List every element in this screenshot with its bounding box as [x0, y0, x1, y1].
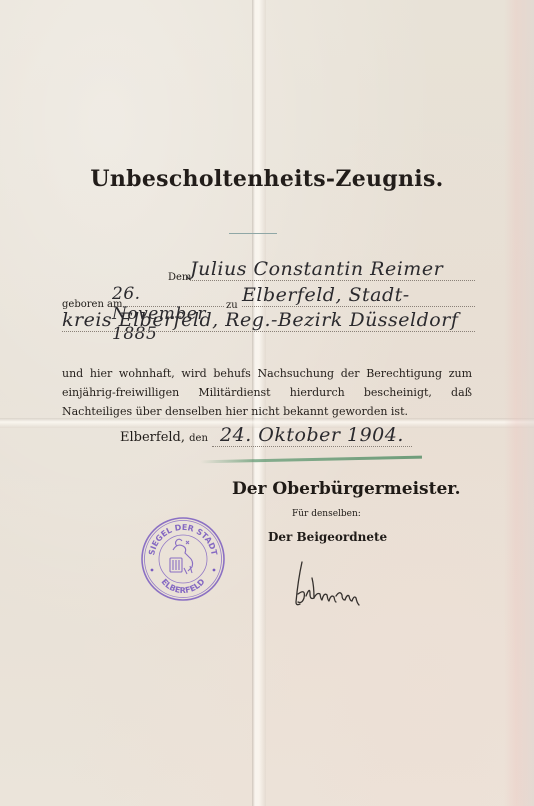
document-title: Unbescholtenheits-Zeugnis. [0, 166, 534, 192]
birth-place-continuation-field: kreis Elberfeld, Reg.-Bezirk Düsseldorf [62, 309, 475, 332]
issue-place: Elberfeld, [120, 430, 185, 445]
svg-text:SIEGEL DER STADT: SIEGEL DER STADT [147, 523, 219, 557]
birth-place: Elberfeld, Stadt- [242, 284, 410, 306]
document-page: Unbescholtenheits-Zeugnis. Dem Julius Co… [0, 0, 534, 806]
office-title: Der Oberbürgermeister. [232, 479, 461, 499]
recipient-name: Julius Constantin Reimer [190, 258, 443, 280]
birth-place-continuation: kreis Elberfeld, Reg.-Bezirk Düsseldorf [62, 309, 458, 331]
birth-place-field: Elberfeld, Stadt- [242, 284, 475, 307]
on-behalf-label: Für denselben: [292, 509, 361, 519]
issue-date: 24. Oktober 1904. [212, 424, 412, 447]
svg-text:ELBERFELD: ELBERFELD [159, 577, 206, 595]
issue-place-date: Elberfeld, den 24. Oktober 1904. [120, 424, 412, 446]
paper-edge-stain [504, 0, 534, 806]
recipient-prefix: Dem [168, 270, 191, 283]
certificate-body-text: und hier wohnhaft, wird behufs Nachsuchu… [62, 364, 472, 421]
green-pencil-stroke [200, 456, 422, 464]
handwritten-signature: Lohmann [290, 558, 362, 618]
deputy-title: Der Beigeordnete [268, 530, 387, 544]
recipient-name-field: Julius Constantin Reimer [190, 258, 475, 281]
city-seal-stamp-icon: SIEGEL DER STADT ELBERFELD [140, 516, 226, 602]
birth-date-field: 26. November 1885 [112, 284, 224, 307]
title-divider [229, 233, 277, 234]
date-prefix: den [189, 433, 208, 444]
